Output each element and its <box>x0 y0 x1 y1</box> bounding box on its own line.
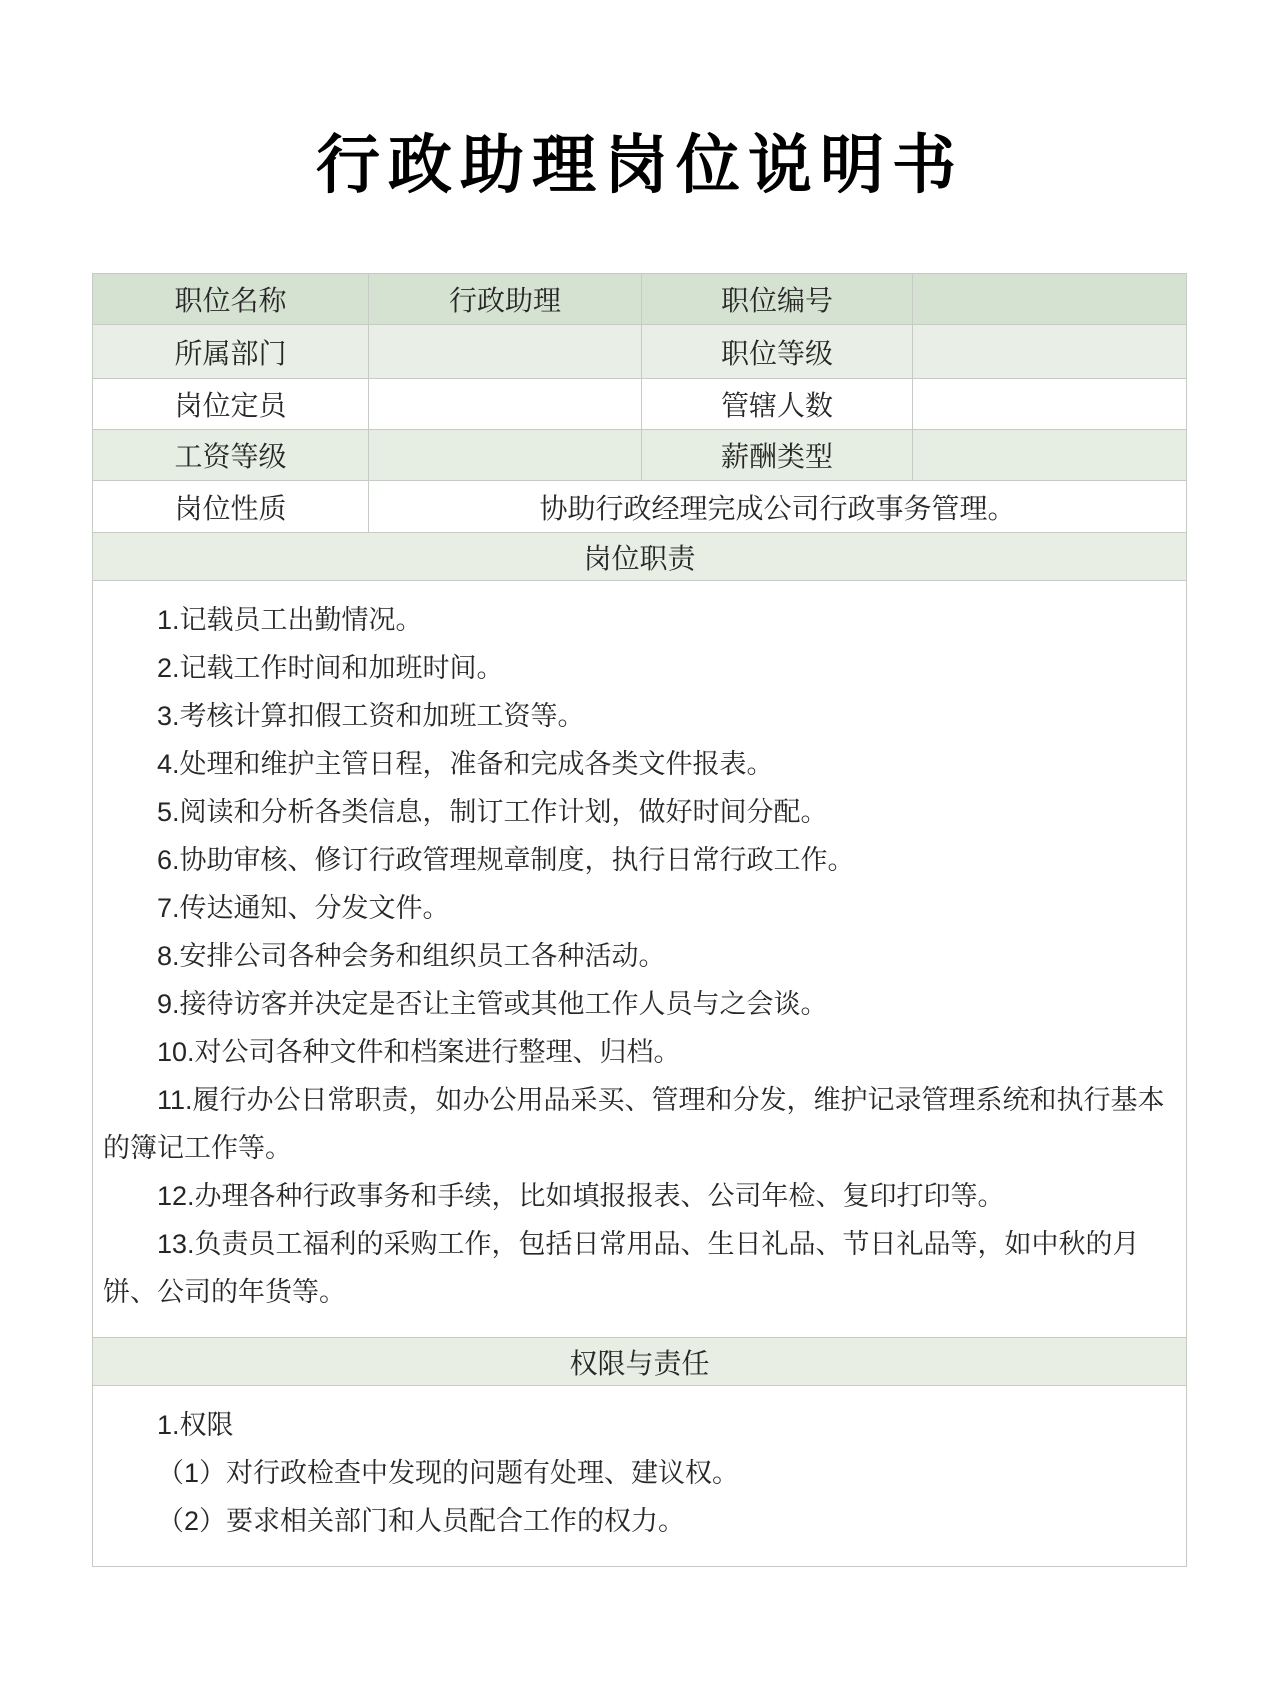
table-row: 职位名称 行政助理 职位编号 <box>93 274 1187 325</box>
field-label-position-name: 职位名称 <box>93 274 369 325</box>
field-value-pay-type <box>913 430 1187 481</box>
field-value-position-number <box>913 274 1187 325</box>
duty-item: 6.协助审核、修订行政管理规章制度，执行日常行政工作。 <box>103 836 1176 884</box>
section-body-authority: 1.权限 （1）对行政检查中发现的问题有处理、建议权。 （2）要求相关部门和人员… <box>93 1386 1187 1567</box>
authority-item: 1.权限 <box>103 1401 1176 1449</box>
page-title: 行政助理岗位说明书 <box>0 0 1280 206</box>
duty-item: 2.记载工作时间和加班时间。 <box>103 644 1176 692</box>
table-row: 所属部门 职位等级 <box>93 325 1187 379</box>
duty-item: 4.处理和维护主管日程，准备和完成各类文件报表。 <box>103 740 1176 788</box>
duty-item: 7.传达通知、分发文件。 <box>103 884 1176 932</box>
table-row: 工资等级 薪酬类型 <box>93 430 1187 481</box>
field-label-staff-managed: 管辖人数 <box>642 379 913 430</box>
table-row: 岗位定员 管辖人数 <box>93 379 1187 430</box>
section-header-duties: 岗位职责 <box>93 533 1187 581</box>
authority-item: （2）要求相关部门和人员配合工作的权力。 <box>103 1497 1176 1545</box>
field-value-position-name: 行政助理 <box>369 274 642 325</box>
duty-item: 10.对公司各种文件和档案进行整理、归档。 <box>103 1028 1176 1076</box>
job-description-table: 职位名称 行政助理 职位编号 所属部门 职位等级 岗位定员 管辖人数 工资等级 … <box>92 273 1187 1567</box>
duty-item: 12.办理各种行政事务和手续，比如填报报表、公司年检、复印打印等。 <box>103 1172 1176 1220</box>
field-value-position-grade <box>913 325 1187 379</box>
section-body-row: 1.记载员工出勤情况。 2.记载工作时间和加班时间。 3.考核计算扣假工资和加班… <box>93 581 1187 1338</box>
field-label-job-nature: 岗位性质 <box>93 481 369 533</box>
duty-item: 5.阅读和分析各类信息，制订工作计划，做好时间分配。 <box>103 788 1176 836</box>
field-label-headcount: 岗位定员 <box>93 379 369 430</box>
field-label-position-number: 职位编号 <box>642 274 913 325</box>
duty-item: 11.履行办公日常职责，如办公用品采买、管理和分发，维护记录管理系统和执行基本的… <box>103 1076 1176 1172</box>
section-header-authority: 权限与责任 <box>93 1338 1187 1386</box>
section-body-row: 1.权限 （1）对行政检查中发现的问题有处理、建议权。 （2）要求相关部门和人员… <box>93 1386 1187 1567</box>
duty-item: 8.安排公司各种会务和组织员工各种活动。 <box>103 932 1176 980</box>
field-label-pay-type: 薪酬类型 <box>642 430 913 481</box>
field-value-headcount <box>369 379 642 430</box>
section-header-row: 权限与责任 <box>93 1338 1187 1386</box>
field-value-salary-grade <box>369 430 642 481</box>
field-label-position-grade: 职位等级 <box>642 325 913 379</box>
field-value-staff-managed <box>913 379 1187 430</box>
table-row: 岗位性质 协助行政经理完成公司行政事务管理。 <box>93 481 1187 533</box>
field-value-job-nature: 协助行政经理完成公司行政事务管理。 <box>369 481 1187 533</box>
section-body-duties: 1.记载员工出勤情况。 2.记载工作时间和加班时间。 3.考核计算扣假工资和加班… <box>93 581 1187 1338</box>
duty-item: 3.考核计算扣假工资和加班工资等。 <box>103 692 1176 740</box>
duty-item: 9.接待访客并决定是否让主管或其他工作人员与之会谈。 <box>103 980 1176 1028</box>
authority-item: （1）对行政检查中发现的问题有处理、建议权。 <box>103 1449 1176 1497</box>
field-label-salary-grade: 工资等级 <box>93 430 369 481</box>
field-value-department <box>369 325 642 379</box>
document-page: 行政助理岗位说明书 职位名称 行政助理 职位编号 所属部门 职位等级 岗位定员 … <box>0 0 1280 1706</box>
duty-item: 1.记载员工出勤情况。 <box>103 596 1176 644</box>
section-header-row: 岗位职责 <box>93 533 1187 581</box>
field-label-department: 所属部门 <box>93 325 369 379</box>
duty-item: 13.负责员工福利的采购工作，包括日常用品、生日礼品、节日礼品等，如中秋的月饼、… <box>103 1220 1176 1316</box>
